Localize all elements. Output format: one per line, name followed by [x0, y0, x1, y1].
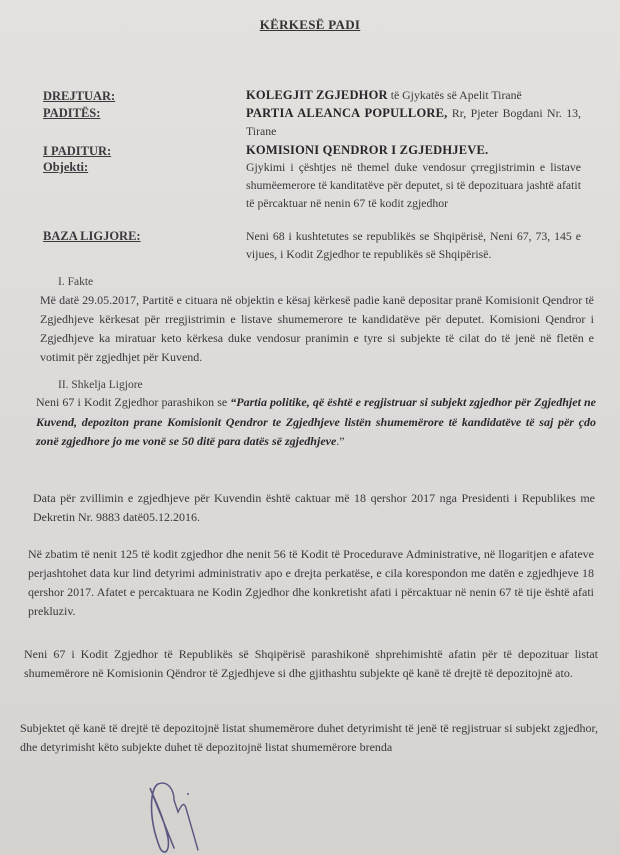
section-heading-fakte: I. Fakte [58, 276, 93, 288]
neni-67-provision-paragraph: Neni 67 i Kodit Zgjedhor të Republikës s… [24, 645, 598, 683]
subjects-obligation-paragraph: Subjektet që kanë të drejtë të depozitoj… [20, 719, 598, 757]
objekti-value: Gjykimi i çështjes në themel duke vendos… [246, 158, 581, 212]
quote-intro: Neni 67 i Kodit Zgjedhor parashikon se [36, 395, 230, 409]
drejtuar-value-rest: të Gjykatës së Apelit Tiranë [388, 88, 522, 102]
quote-end: .” [336, 434, 344, 448]
objekti-label: Objekti: [43, 160, 88, 175]
drejtuar-value: KOLEGJIT ZGJEDHOR të Gjykatës së Apelit … [246, 86, 581, 104]
paditës-value-bold: PARTIA ALEANCA POPULLORE, [246, 106, 447, 120]
paditës-value: PARTIA ALEANCA POPULLORE, Rr, Pjeter Bog… [246, 104, 581, 140]
neni-67-quote-paragraph: Neni 67 i Kodit Zgjedhor parashikon se “… [36, 393, 596, 452]
paditës-label: PADITËS: [43, 106, 100, 121]
handwritten-signature-icon [140, 778, 210, 855]
election-date-paragraph: Data për zvillimin e zgjedhjeve për Kuve… [33, 489, 595, 527]
i-paditur-value-bold: KOMISIONI QENDROR I ZGJEDHJEVE. [246, 143, 488, 157]
section-heading-shkelja-ligjore: II. Shkelja Ligjore [58, 379, 143, 391]
document-page: KËRKESË PADI DREJTUAR: KOLEGJIT ZGJEDHOR… [0, 0, 620, 855]
i-paditur-value: KOMISIONI QENDROR I ZGJEDHJEVE. [246, 141, 581, 159]
baza-ligjore-label: BAZA LIGJORE: [43, 229, 141, 244]
fakte-paragraph: Më datë 29.05.2017, Partitë e cituara në… [40, 291, 594, 367]
i-paditur-label: I PADITUR: [43, 144, 111, 159]
drejtuar-value-bold: KOLEGJIT ZGJEDHOR [246, 88, 388, 102]
document-title: KËRKESË PADI [0, 17, 620, 33]
drejtuar-label: DREJTUAR: [43, 89, 115, 104]
baza-ligjore-value: Neni 68 i kushtetutes se republikës se S… [246, 227, 581, 263]
deadline-calculation-paragraph: Në zbatim të nenit 125 të kodit zgjedhor… [28, 545, 594, 621]
